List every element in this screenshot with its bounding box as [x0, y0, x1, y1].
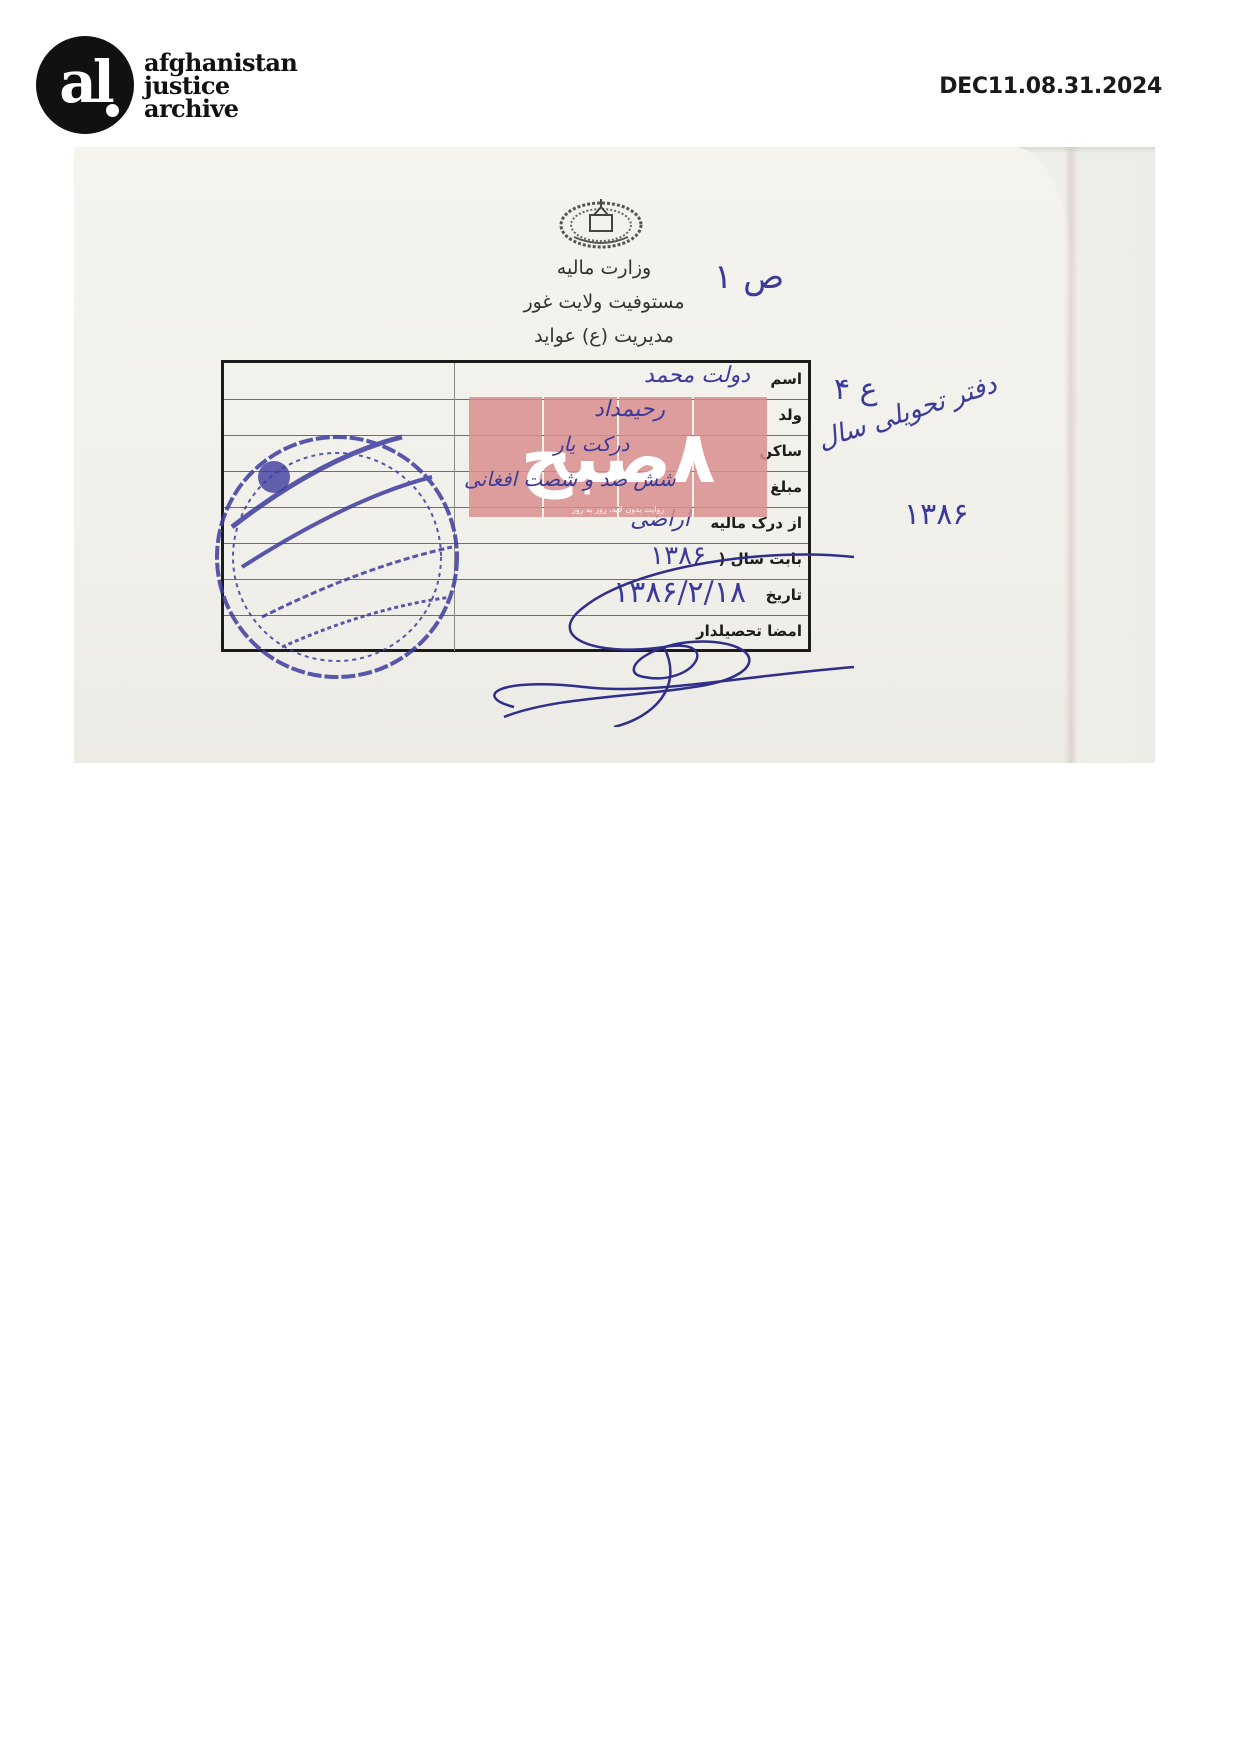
archive-logo: al afghanistan justice archive	[36, 36, 297, 134]
logo-wordmark: afghanistan justice archive	[144, 51, 297, 120]
department-heading: مدیریت (ع) عواید	[414, 325, 794, 347]
handwritten-father-name: رحیمداد	[594, 397, 665, 422]
handwritten-residence: درکت یار	[554, 432, 629, 456]
watermark-tagline: روایت بدون لایه، روز به روز	[469, 505, 767, 514]
handwritten-amount: شش صد و شصت افغانی	[464, 467, 676, 491]
state-emblem-icon	[554, 193, 648, 249]
collector-signature-icon	[434, 527, 894, 727]
official-stamp-icon	[202, 417, 472, 697]
margin-note-page: ص ۱	[714, 257, 784, 297]
column-divider	[454, 363, 455, 399]
margin-note-year: ۱۳۸۶	[904, 497, 968, 532]
document-id: DEC11.08.31.2024	[939, 74, 1162, 99]
document-photo: وزارت مالیه مستوفیت ولایت غور مدیریت (ع)…	[74, 147, 1155, 763]
logo-mark: al	[59, 53, 111, 111]
logo-dot-icon	[106, 104, 119, 117]
paper-edge	[1064, 147, 1078, 763]
form-row-name: اسم دولت محمد	[224, 363, 808, 400]
logo-circle-icon: al	[36, 36, 134, 134]
handwritten-value: دولت محمد	[644, 363, 750, 388]
row-label: مبلغ	[770, 478, 802, 496]
logo-line-3: archive	[144, 97, 297, 120]
row-label: اسم	[770, 370, 802, 388]
row-label: ولد	[778, 406, 802, 424]
margin-note-number: ع ۴	[834, 372, 878, 407]
